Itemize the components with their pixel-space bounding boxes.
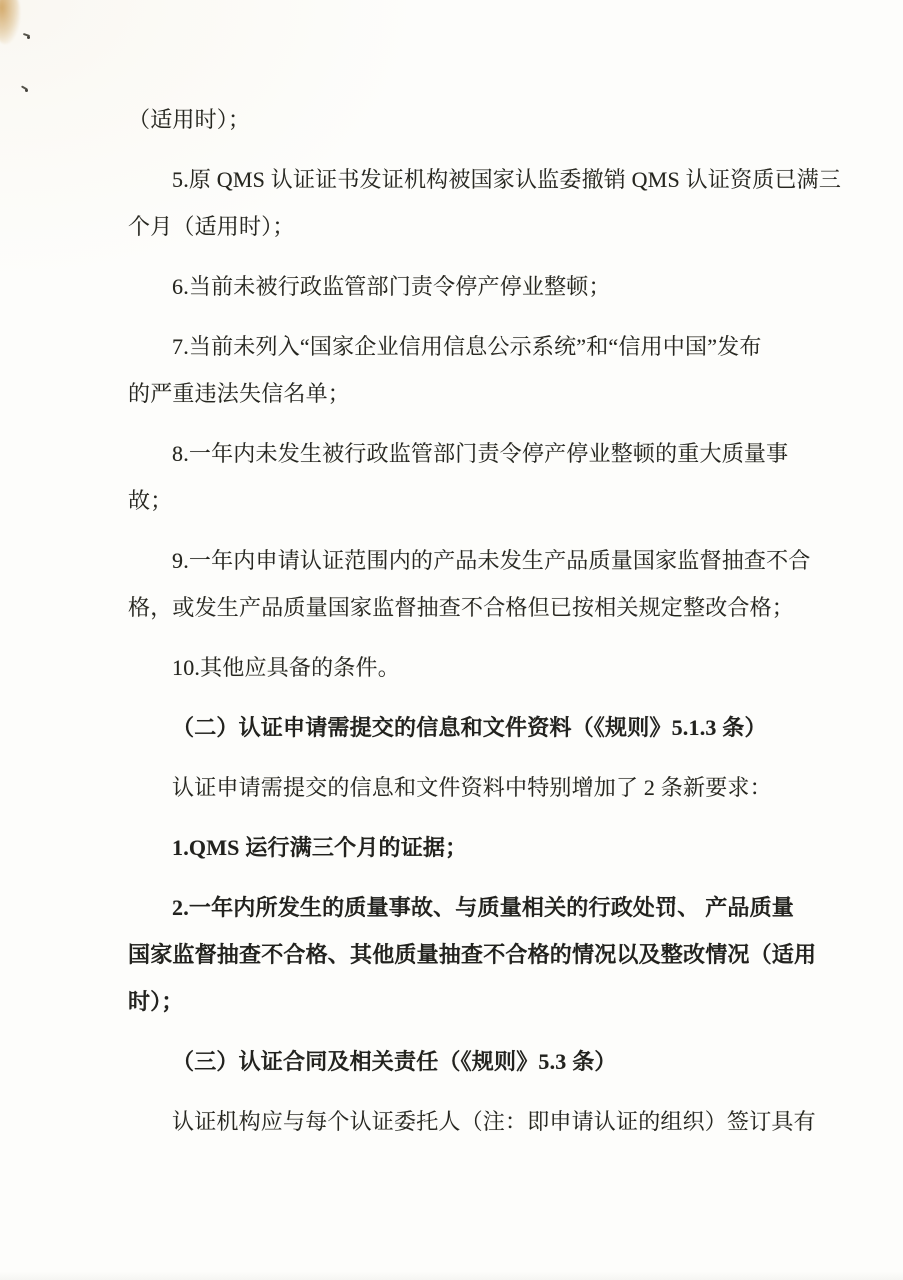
text-line: 7.当前未列入“国家企业信用信息公示系统”和“信用中国”发布 <box>128 323 798 370</box>
text-line: 认证申请需提交的信息和文件资料中特别增加了 2 条新要求： <box>128 764 798 811</box>
paragraph-bold-item-1: 1.QMS 运行满三个月的证据； <box>128 824 798 871</box>
paragraph-intro: 认证申请需提交的信息和文件资料中特别增加了 2 条新要求： <box>128 764 798 811</box>
paragraph-body: 认证机构应与每个认证委托人（注：即申请认证的组织）签订具有 <box>128 1098 798 1145</box>
paragraph-item-10: 10.其他应具备的条件。 <box>128 644 798 691</box>
paragraph-bold-item-2: 2.一年内所发生的质量事故、与质量相关的行政处罚、 产品质量 国家监督抽查不合格… <box>128 884 798 1025</box>
scan-corner-smudge <box>0 0 20 44</box>
heading-line: （三）认证合同及相关责任（《规则》5.3 条） <box>128 1038 798 1085</box>
pen-speck <box>21 87 30 91</box>
paragraph-continuation: （适用时）； <box>128 96 798 143</box>
text-line: （适用时）； <box>128 96 798 143</box>
paragraph-item-5: 5.原 QMS 认证证书发证机构被国家认监委撤销 QMS 认证资质已满三 个月（… <box>128 156 798 250</box>
heading-line: （二）认证申请需提交的信息和文件资料（《规则》5.1.3 条） <box>128 704 798 751</box>
paragraph-item-7: 7.当前未列入“国家企业信用信息公示系统”和“信用中国”发布 的严重违法失信名单… <box>128 323 798 417</box>
text-line: 认证机构应与每个认证委托人（注：即申请认证的组织）签订具有 <box>128 1098 798 1145</box>
text-line: 故； <box>128 477 798 524</box>
paragraph-item-9: 9.一年内申请认证范围内的产品未发生产品质量国家监督抽查不合 格，或发生产品质量… <box>128 537 798 631</box>
text-line: 5.原 QMS 认证证书发证机构被国家认监委撤销 QMS 认证资质已满三 <box>128 156 798 203</box>
scanned-document-page: （适用时）； 5.原 QMS 认证证书发证机构被国家认监委撤销 QMS 认证资质… <box>0 0 903 1280</box>
text-line: 格，或发生产品质量国家监督抽查不合格但已按相关规定整改合格； <box>128 584 798 631</box>
text-line: 时）； <box>128 978 798 1025</box>
text-line: 8.一年内未发生被行政监管部门责令停产停业整顿的重大质量事 <box>128 430 798 477</box>
text-line: 个月（适用时）； <box>128 203 798 250</box>
text-line: 2.一年内所发生的质量事故、与质量相关的行政处罚、 产品质量 <box>128 884 798 931</box>
text-line: 6.当前未被行政监管部门责令停产停业整顿； <box>128 263 798 310</box>
pen-speck <box>23 34 32 38</box>
text-line: 国家监督抽查不合格、其他质量抽查不合格的情况以及整改情况（适用 <box>128 931 798 978</box>
text-line: 10.其他应具备的条件。 <box>128 644 798 691</box>
paragraph-item-6: 6.当前未被行政监管部门责令停产停业整顿； <box>128 263 798 310</box>
text-line: 的严重违法失信名单； <box>128 370 798 417</box>
text-line: 1.QMS 运行满三个月的证据； <box>128 824 798 871</box>
section-heading-2: （二）认证申请需提交的信息和文件资料（《规则》5.1.3 条） <box>128 704 798 751</box>
section-heading-3: （三）认证合同及相关责任（《规则》5.3 条） <box>128 1038 798 1085</box>
paragraph-item-8: 8.一年内未发生被行政监管部门责令停产停业整顿的重大质量事 故； <box>128 430 798 524</box>
text-line: 9.一年内申请认证范围内的产品未发生产品质量国家监督抽查不合 <box>128 537 798 584</box>
document-text-block: （适用时）； 5.原 QMS 认证证书发证机构被国家认监委撤销 QMS 认证资质… <box>128 96 798 1158</box>
